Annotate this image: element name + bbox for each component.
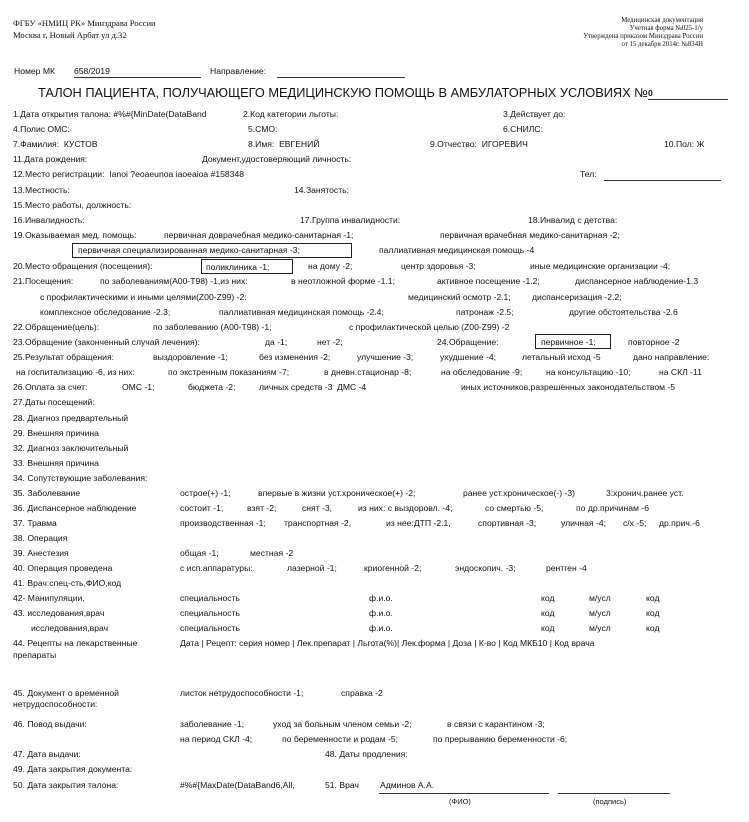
completed-option-yes[interactable]: да -1; [265, 337, 287, 348]
disease-option-2[interactable]: впервые в жизни уст.хроническое(+) -2; [258, 488, 415, 499]
service-row-2-label: 43. исследования,врач [13, 608, 104, 619]
field-22-label: 22.Обращение(цель): [13, 322, 99, 333]
doctor-name-line [379, 793, 549, 794]
field-37-label: 37. Травма [13, 518, 57, 529]
care-option-3[interactable]: первичная специализированная медико-сани… [78, 245, 300, 256]
service-row-3-fio: ф.и.о. [369, 623, 393, 634]
field-39-label: 39. Анестезия [13, 548, 69, 559]
purpose-option-1[interactable]: по заболеванию (A00-T98) -1; [153, 322, 272, 333]
field-17-label: 17.Группа инвалидности: [300, 215, 400, 226]
visit-option-2-4[interactable]: паллиативная медицинская помощь -2.4; [219, 307, 384, 318]
payment-option-5[interactable]: иных источников,разрешенных законодатель… [461, 382, 675, 393]
care-option-4[interactable]: паллиативная медицинская помощь -4 [379, 245, 534, 256]
field-50-value: #%#{MaxDate(DataBand6,All, [180, 780, 313, 791]
result-option-7[interactable]: по экстренным показаниям -7; [168, 367, 289, 378]
trauma-option-2-1[interactable]: из нее:ДТП -2.1, [386, 518, 451, 529]
field-25-label: 25.Результат обращения: [13, 352, 114, 363]
disease-option-chronic[interactable]: 3:хронич.ранее уст. [606, 488, 684, 499]
field-23-label: 23.Обращение (законченный случай лечения… [13, 337, 200, 348]
field-16-label: 16.Инвалидность: [13, 215, 85, 226]
reason-option-5[interactable]: по беременности и родам -5; [282, 734, 398, 745]
anesthesia-option-1[interactable]: общая -1; [180, 548, 219, 559]
field-35-label: 35. Заболевание [13, 488, 80, 499]
field-14-label: 14.Занятость: [294, 185, 349, 196]
equipment-option-3[interactable]: эндоскопич. -3; [455, 563, 516, 574]
field-2-label: 2.Код категории льготы: [243, 109, 338, 120]
field-38-label: 38. Операция [13, 533, 67, 544]
visit-option-1-3[interactable]: диспансерное наблюдение-1.3 [575, 276, 698, 287]
dispensary-option-3[interactable]: снят -3, [302, 503, 332, 514]
equipment-prefix: с исп.аппаратуры: [180, 563, 253, 574]
trauma-option-6[interactable]: др.прич.-6 [659, 518, 700, 529]
service-row-3-code2: код [646, 623, 659, 634]
reason-option-6[interactable]: по прерыванию беременности -6; [433, 734, 567, 745]
trauma-option-4[interactable]: уличная -4; [561, 518, 606, 529]
field-49-label: 49. Дата закрытия документа: [13, 764, 132, 775]
equipment-option-4[interactable]: рентген -4 [546, 563, 587, 574]
field-47-label: 47. Дата выдачи: [13, 749, 81, 760]
reason-option-4[interactable]: на период СКЛ -4; [180, 734, 252, 745]
appeal-option-2[interactable]: повторное -2 [628, 337, 680, 348]
payment-option-3[interactable]: личных средств -3 [259, 382, 332, 393]
field-7-label: 7.Фамилия: КУСТОВ [13, 139, 98, 150]
payment-option-4[interactable]: ДМС -4 [337, 382, 366, 393]
reason-option-1[interactable]: заболевание -1; [180, 719, 244, 730]
mk-number-value: 658/2019 [74, 66, 110, 76]
anesthesia-option-2[interactable]: местная -2 [250, 548, 293, 559]
field-46-label: 46. Повод выдачи: [13, 719, 87, 730]
signature-line[interactable] [558, 793, 670, 794]
visit-option-2-5[interactable]: патронаж -2.5; [456, 307, 514, 318]
trauma-option-1[interactable]: производственная -1; [180, 518, 266, 529]
equipment-option-2[interactable]: криогенной -2; [364, 563, 421, 574]
dispensary-option-4[interactable]: из них: с выздоровл. -4; [358, 503, 452, 514]
meta-line-4: от 15 декабря 2014г. №834Н [622, 41, 703, 49]
field-24-label: 24.Обращение: [437, 337, 499, 348]
field-26-label: 26.Оплата за счет: [13, 382, 88, 393]
place-option-1[interactable]: поликлиника -1; [206, 262, 269, 273]
service-row-1-code2: код [646, 593, 659, 604]
field-33-label: 33. Внешняя причина [13, 458, 99, 469]
field-28-label: 28. Диагноз предвартельный [13, 413, 128, 424]
service-row-1-spec: специальность [180, 593, 240, 604]
field-32-label: 32. Диагноз заключительный [13, 443, 128, 454]
field-18-label: 18.Инвалид с детства: [528, 215, 617, 226]
appeal-option-1[interactable]: первичное -1; [541, 337, 596, 348]
organization-address: Москва г, Новый Арбат ул д.32 [13, 29, 127, 41]
visit-option-1[interactable]: по заболеваниям(A00-T98) -1,из них: [100, 276, 248, 287]
service-row-1-unit: м/усл [589, 593, 611, 604]
service-row-2-spec: специальность [180, 608, 240, 619]
service-row-3-spec: специальность [180, 623, 240, 634]
field-48-label: 48. Даты продления: [325, 749, 408, 760]
result-option-6[interactable]: на госпитализацию -6, из них: [16, 367, 135, 378]
completed-option-no[interactable]: нет -2; [317, 337, 343, 348]
result-option-1[interactable]: выздоровление -1; [153, 352, 228, 363]
field-44-label-line1: 44. Рецепты на лекарственные [13, 638, 137, 649]
field-8-label: 8.Имя: ЕВГЕНИЙ [248, 139, 320, 150]
field-4-label: 4.Полис ОМС: [13, 124, 70, 135]
prescription-columns: Дата | Рецепт: серия номер | Лек.препара… [180, 638, 595, 649]
field-29-label: 29. Внешняя причина [13, 428, 99, 439]
field-5-label: 5.СМО: [248, 124, 278, 135]
visit-option-1-1[interactable]: в неотложной форме -1.1; [291, 276, 395, 287]
care-option-1[interactable]: первичная доврачебная медико-санитарная … [164, 230, 353, 241]
sick-doc-option-2[interactable]: справка -2 [341, 688, 383, 699]
service-row-2-unit: м/усл [589, 608, 611, 619]
field-50-label: 50. Дата закрытия талона: [13, 780, 118, 791]
field-11-label: 11.Дата рождения: [13, 154, 87, 165]
page-title: ТАЛОН ПАЦИЕНТА, ПОЛУЧАЮЩЕГО МЕДИЦИНСКУЮ … [38, 85, 728, 100]
doctor-name: Админов А.А. [380, 780, 434, 791]
result-option-5[interactable]: летальный исход -5 [522, 352, 601, 363]
field-13-label: 13.Местность: [13, 185, 70, 196]
phone-field[interactable] [604, 169, 721, 181]
field-19-label: 19.Оказываемая мед. помощь: [13, 230, 136, 241]
direction-label: Направление: [210, 66, 266, 77]
field-51-label: 51. Врач [325, 780, 359, 791]
service-row-1-fio: ф.и.о. [369, 593, 393, 604]
field-6-label: 6.СНИЛС: [503, 124, 543, 135]
place-option-4[interactable]: иные медицинские организации -4; [530, 261, 670, 272]
title-text: ТАЛОН ПАЦИЕНТА, ПОЛУЧАЮЩЕГО МЕДИЦИНСКУЮ … [38, 85, 648, 100]
result-option-9[interactable]: на обследование -9; [441, 367, 522, 378]
field-10-label: 10.Пол: Ж [664, 139, 704, 150]
field-3-label: 3.Действует до: [503, 109, 565, 120]
talon-number: 0 [648, 86, 728, 100]
trauma-option-2[interactable]: транспортная -2, [284, 518, 351, 529]
payment-option-2[interactable]: бюджета -2; [188, 382, 235, 393]
visit-option-1-2[interactable]: активное посещение -1.2; [437, 276, 540, 287]
service-row-3-unit: м/усл [589, 623, 611, 634]
result-option-4[interactable]: ухудшение -4; [440, 352, 496, 363]
sick-doc-option-1[interactable]: листок нетрудоспособности -1; [180, 688, 303, 699]
visit-option-2-1[interactable]: медицинский осмотр -2.1; [408, 292, 511, 303]
visit-option-2-2[interactable]: диспансеризация -2.2; [532, 292, 622, 303]
field-15-label: 15.Место работы, должность: [13, 200, 131, 211]
field-1-value: #%#{MinDate(DataBand [113, 109, 206, 119]
patronymic-value: ИГОРЕВИЧ [482, 139, 528, 149]
care-option-2[interactable]: первичная врачебная медико-санитарная -2… [440, 230, 620, 241]
mk-number-label: Номер МК [14, 66, 55, 77]
service-row-3-label: исследования,врач [31, 623, 108, 634]
fio-caption: (ФИО) [449, 796, 471, 807]
identity-document-label: Документ,удостоверяющий личность: [202, 154, 351, 165]
visit-option-2-6[interactable]: другие обстоятельства -2.6 [569, 307, 678, 318]
result-option-3[interactable]: улучшение -3; [357, 352, 413, 363]
service-row-1-label: 42- Манипуляции, [13, 593, 85, 604]
dispensary-option-5[interactable]: со смертью -5; [485, 503, 543, 514]
result-option-2[interactable]: без изменения -2; [259, 352, 330, 363]
visit-option-2[interactable]: с профилактическими и иными целями(Z00-Z… [40, 292, 247, 303]
dispensary-option-2[interactable]: взят -2; [247, 503, 276, 514]
registration-value: Ianoi ?eoaeunoa iaoeaioa #158348 [109, 169, 244, 179]
trauma-option-5[interactable]: с/х -5; [623, 518, 646, 529]
result-option-10[interactable]: на консультацию -10; [546, 367, 631, 378]
dispensary-option-6[interactable]: по др.причинам -6 [576, 503, 649, 514]
direction-field[interactable] [277, 66, 405, 78]
equipment-option-1[interactable]: лазерной -1; [287, 563, 337, 574]
service-row-1-code: код [541, 593, 554, 604]
visit-option-2-3[interactable]: комплексное обследование -2.3; [40, 307, 170, 318]
phone-label: Тел: [580, 169, 597, 180]
trauma-option-3[interactable]: спортивная -3; [478, 518, 536, 529]
purpose-option-2[interactable]: с профилактической целью (Z00-Z99) -2 [349, 322, 509, 333]
organization-name: ФГБУ «НМИЦ РК» Минздрава России [13, 17, 156, 29]
field-40-label: 40. Операция проведена [13, 563, 112, 574]
field-44-label-line2: препараты [13, 650, 56, 661]
field-27-label: 27.Даты посещений: [13, 397, 95, 408]
result-option-8[interactable]: в дневн.стационар -8; [324, 367, 411, 378]
service-row-2-code2: код [646, 608, 659, 619]
field-36-label: 36. Диспансерное наблюдение [13, 503, 136, 514]
field-41-label: 41. Врач:спец-сть,ФИО,код [13, 578, 121, 589]
sex-value: Ж [697, 139, 705, 149]
field-12-label: 12.Место регистрации: Ianoi ?eoaeunoa ia… [13, 169, 244, 180]
reason-option-2[interactable]: уход за больным членом семьи -2; [273, 719, 412, 730]
field-20-label: 20.Место обращения (посещения): [13, 261, 152, 272]
field-45-label-line2: нетрудоспособности: [13, 699, 97, 710]
result-direction-label: дано направление: [633, 352, 709, 363]
service-row-3-code: код [541, 623, 554, 634]
service-row-2-code: код [541, 608, 554, 619]
disease-option-1[interactable]: острое(+) -1; [180, 488, 231, 499]
place-option-2[interactable]: на дому -2; [308, 261, 352, 272]
service-row-2-fio: ф.и.о. [369, 608, 393, 619]
field-21-label: 21.Посещения: [13, 276, 73, 287]
field-9-label: 9.Отчество: ИГОРЕВИЧ [430, 139, 528, 150]
field-1-label: 1.Дата открытия талона: #%#{MinDate(Data… [13, 109, 207, 120]
reason-option-3[interactable]: в связи с карантином -3; [447, 719, 545, 730]
mk-number-field[interactable]: 658/2019 [74, 66, 201, 78]
dispensary-option-1[interactable]: состоит -1; [180, 503, 223, 514]
place-option-3[interactable]: центр здоровья -3; [401, 261, 476, 272]
signature-caption: (подпись) [593, 796, 626, 807]
field-34-label: 34. Сопутствующие заболевания: [13, 473, 147, 484]
field-45-label-line1: 45. Документ о временной [13, 688, 119, 699]
payment-option-1[interactable]: ОМС -1; [122, 382, 154, 393]
disease-option-3[interactable]: ранее уст.хроническое(-) -3) [463, 488, 575, 499]
name-value: ЕВГЕНИЙ [279, 139, 319, 149]
result-option-11[interactable]: на СКЛ -11 [659, 367, 702, 378]
surname-value: КУСТОВ [64, 139, 98, 149]
